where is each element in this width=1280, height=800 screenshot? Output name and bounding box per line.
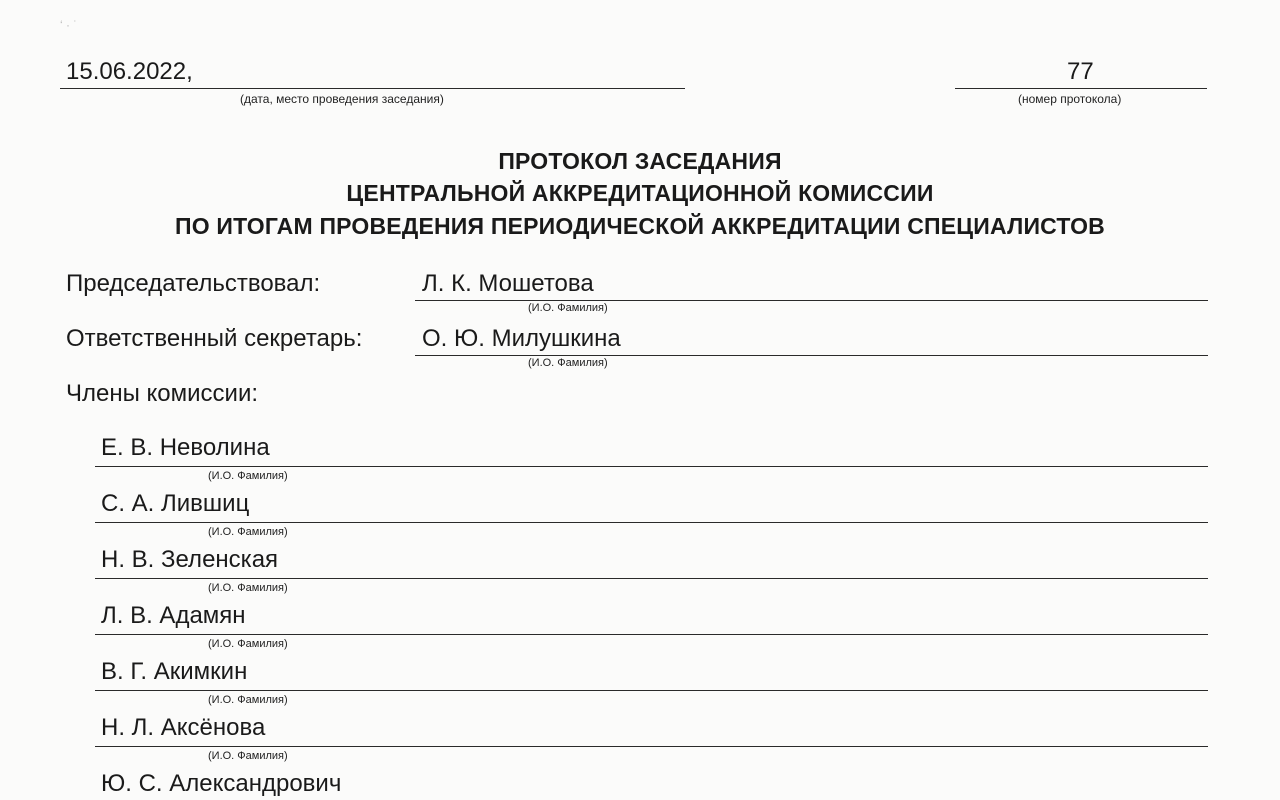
member-name: Л. В. Адамян bbox=[101, 602, 246, 630]
date-caption: (дата, место проведения заседания) bbox=[240, 92, 444, 106]
secretary-label: Ответственный секретарь: bbox=[66, 325, 362, 353]
member-underline bbox=[95, 746, 1208, 747]
member-name: Н. В. Зеленская bbox=[101, 546, 278, 574]
protocol-underline bbox=[955, 88, 1207, 89]
members-label: Члены комиссии: bbox=[66, 380, 258, 408]
member-caption: (И.О. Фамилия) bbox=[208, 750, 288, 762]
protocol-number: 77 bbox=[1067, 58, 1094, 86]
member-name: С. А. Лившиц bbox=[101, 490, 249, 518]
member-name: Ю. С. Александрович bbox=[101, 770, 341, 798]
member-underline bbox=[95, 690, 1208, 691]
member-caption: (И.О. Фамилия) bbox=[208, 638, 288, 650]
member-underline bbox=[95, 522, 1208, 523]
secretary-name: О. Ю. Милушкина bbox=[422, 325, 621, 353]
scan-artifact: ‘ · ˙ bbox=[60, 18, 77, 32]
member-name: В. Г. Акимкин bbox=[101, 658, 247, 686]
member-name: Е. В. Неволина bbox=[101, 434, 270, 462]
secretary-underline bbox=[415, 355, 1208, 356]
member-caption: (И.О. Фамилия) bbox=[208, 526, 288, 538]
member-caption: (И.О. Фамилия) bbox=[208, 582, 288, 594]
chair-name: Л. К. Мошетова bbox=[422, 270, 594, 298]
member-underline bbox=[95, 634, 1208, 635]
member-underline bbox=[95, 466, 1208, 467]
doc-title-line2: ЦЕНТРАЛЬНОЙ АККРЕДИТАЦИОННОЙ КОМИССИИ bbox=[0, 180, 1280, 207]
member-caption: (И.О. Фамилия) bbox=[208, 470, 288, 482]
chair-caption: (И.О. Фамилия) bbox=[528, 302, 608, 314]
member-name: Н. Л. Аксёнова bbox=[101, 714, 265, 742]
protocol-caption: (номер протокола) bbox=[1018, 92, 1121, 106]
doc-title-line3: ПО ИТОГАМ ПРОВЕДЕНИЯ ПЕРИОДИЧЕСКОЙ АККРЕ… bbox=[0, 213, 1280, 240]
secretary-caption: (И.О. Фамилия) bbox=[528, 357, 608, 369]
chair-label: Председательствовал: bbox=[66, 270, 320, 298]
member-caption: (И.О. Фамилия) bbox=[208, 694, 288, 706]
meeting-date: 15.06.2022, bbox=[66, 58, 193, 86]
chair-underline bbox=[415, 300, 1208, 301]
date-underline bbox=[60, 88, 685, 89]
doc-title-line1: ПРОТОКОЛ ЗАСЕДАНИЯ bbox=[0, 148, 1280, 175]
member-underline bbox=[95, 578, 1208, 579]
